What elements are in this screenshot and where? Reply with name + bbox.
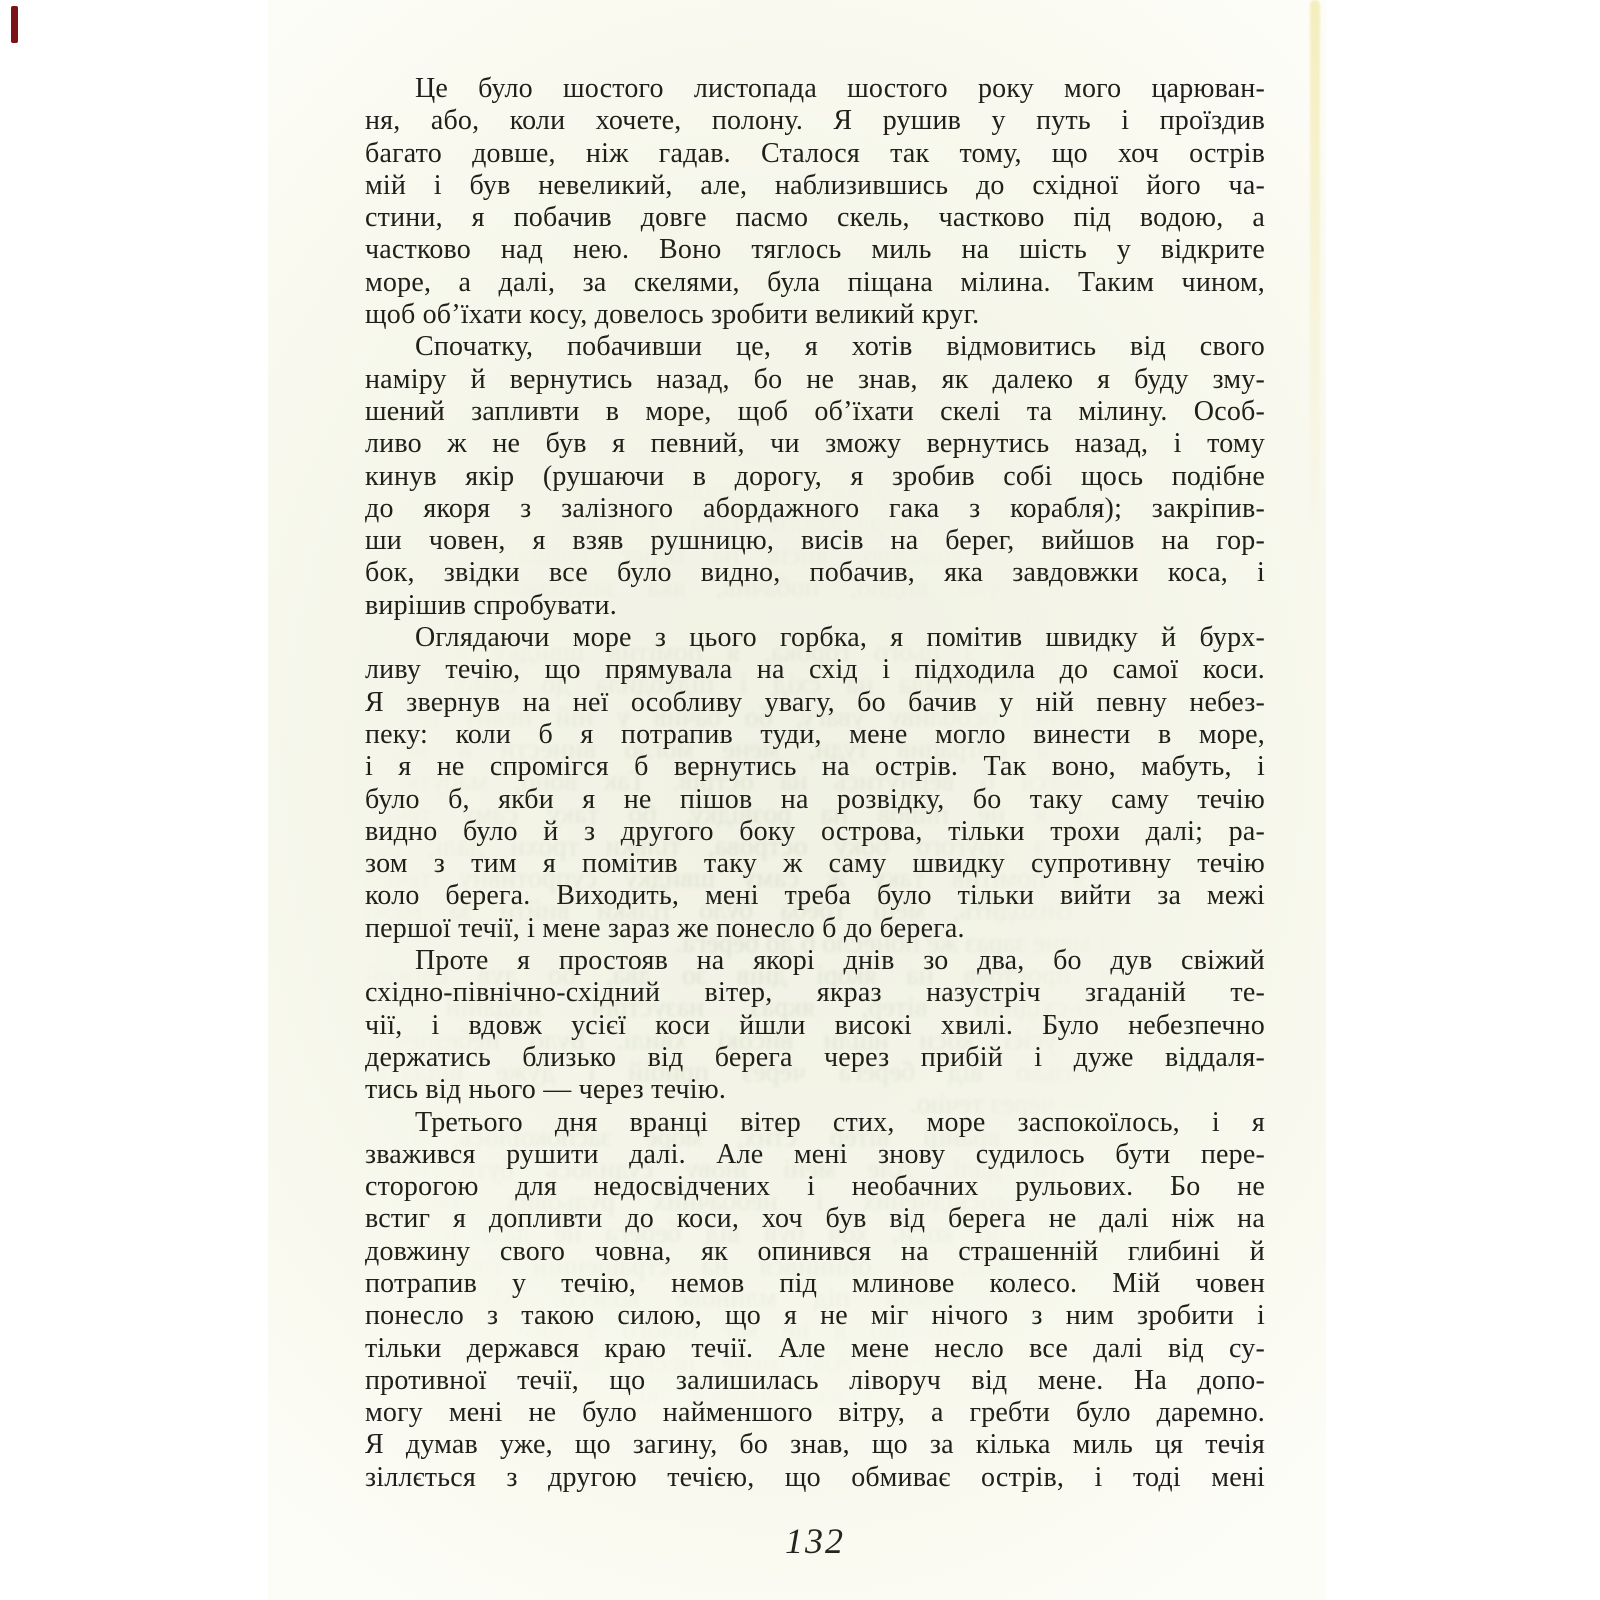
text-line: чії, і вдовж усієї коси йшли високі хвил…: [365, 1010, 1265, 1042]
text-line: Оглядаючи море з цього горбка, я помітив…: [365, 622, 1265, 654]
body-text: Це було шостого листопада шостого року м…: [365, 73, 1265, 1494]
text-line: частково над нею. Воно тяглось миль на ш…: [365, 234, 1265, 266]
text-line: тись від нього — через течію.: [365, 1074, 1265, 1106]
text-line: зіллється з другою течією, що обмиває ос…: [365, 1462, 1265, 1494]
text-line: пеку: коли б я потрапив туди, мене могло…: [365, 719, 1265, 751]
text-line: бок, звідки все було видно, побачив, яка…: [365, 557, 1265, 589]
text-line: зважився рушити далі. Але мені знову суд…: [365, 1139, 1265, 1171]
text-line: сторогою для недосвідчених і необачних р…: [365, 1171, 1265, 1203]
text-line: до якоря з залізного абордажного гака з …: [365, 493, 1265, 525]
text-line: ня, або, коли хочете, полону. Я рушив у …: [365, 105, 1265, 137]
text-line: держатись близько від берега через прибі…: [365, 1042, 1265, 1074]
text-line: могу мені не було найменшого вітру, а гр…: [365, 1397, 1265, 1429]
text-line: ливо ж не був я певний, чи зможу вернути…: [365, 428, 1265, 460]
text-line: Я звернув на неї особливу увагу, бо бачи…: [365, 687, 1265, 719]
text-line: ливу течію, що прямувала на схід і підхо…: [365, 654, 1265, 686]
book-page: Це було шостого листопада шостого року м…: [268, 0, 1326, 1600]
text-line: мій і був невеликий, але, наблизившись д…: [365, 170, 1265, 202]
text-line: видно було й з другого боку острова, тіл…: [365, 816, 1265, 848]
text-line: понесло з такою силою, що я не міг нічог…: [365, 1300, 1265, 1332]
page-edge-line: [1310, 0, 1320, 560]
text-line: першої течії, і мене зараз же понесло б …: [365, 913, 1265, 945]
text-line: коло берега. Виходить, мені треба було т…: [365, 880, 1265, 912]
text-line: багато довше, ніж гадав. Сталося так том…: [365, 138, 1265, 170]
text-line: довжину свого човна, як опинився на стра…: [365, 1236, 1265, 1268]
text-line: тільки держався краю течії. Але мене нес…: [365, 1333, 1265, 1365]
text-line: було б, якби я не пішов на розвідку, бо …: [365, 784, 1265, 816]
text-line: Третього дня вранці вітер стих, море зас…: [365, 1107, 1265, 1139]
text-line: кинув якір (рушаючи в дорогу, я зробив с…: [365, 461, 1265, 493]
text-line: наміру й вернутись назад, бо не знав, як…: [365, 364, 1265, 396]
text-line: встиг я допливти до коси, хоч був від бе…: [365, 1203, 1265, 1235]
text-line: потрапив у течію, немов під млинове коле…: [365, 1268, 1265, 1300]
page-number: 132: [365, 1522, 1265, 1560]
text-line: море, а далі, за скелями, була піщана мі…: [365, 267, 1265, 299]
text-line: Спочатку, побачивши це, я хотів відмовит…: [365, 331, 1265, 363]
text-line: східно-північно-східний вітер, якраз наз…: [365, 977, 1265, 1009]
text-line: вирішив спробувати.: [365, 590, 1265, 622]
text-line: Я думав уже, що загину, бо знав, що за к…: [365, 1429, 1265, 1461]
text-line: противної течії, що залишилась ліворуч в…: [365, 1365, 1265, 1397]
text-line: Проте я простояв на якорі днів зо два, б…: [365, 945, 1265, 977]
text-line: щоб об’їхати косу, довелось зробити вели…: [365, 299, 1265, 331]
scanned-book-page: Це було шостого листопада шостого року м…: [0, 0, 1600, 1600]
text-line: ши човен, я взяв рушницю, висів на берег…: [365, 525, 1265, 557]
text-line: шений запливти в море, щоб об’їхати скел…: [365, 396, 1265, 428]
text-line: і я не спромігся б вернутись на острів. …: [365, 751, 1265, 783]
scan-artifact-red-mark: [11, 6, 18, 43]
text-line: стини, я побачив довге пасмо скель, част…: [365, 202, 1265, 234]
text-line: Це було шостого листопада шостого року м…: [365, 73, 1265, 105]
text-line: зом з тим я помітив таку ж саму швидку с…: [365, 848, 1265, 880]
